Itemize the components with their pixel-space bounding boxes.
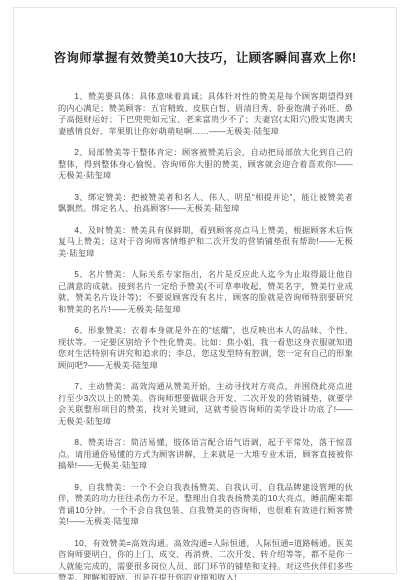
paragraph-3: 3、绑定赞美：把被赞美者和名人、伟人、明星“相提并论”，能让被赞美者飘飘然。绑定… [58,192,353,215]
paragraph-8: 8、赞美语言：简洁易懂，肢体语言配合语气语调，起于平常处，落于惊喜点。请用通俗易… [58,437,353,472]
paragraph-2: 2、局部赞美等于整体肯定：顾客被赞美后会，自动把局部放大化到自己的整体，得到整体… [58,147,353,182]
paragraph-10: 10、有效赞美=高效沟通。高效沟通=人际恒通，人际恒通=道路畅通。医美咨询师要明… [58,538,353,580]
paragraph-6: 6、形象赞美：衣着本身就是外在的“炫耀”，也反映出本人的品味、个性、现状等。一定… [58,325,353,371]
paragraph-1: 1、赞美要具体：具体意味着真诚；具体针对性的赞美是每个顾客期望得到的内心满足；赞… [58,91,353,137]
document-page: 咨询师掌握有效赞美10大技巧，让顾客瞬间喜欢上你! 1、赞美要具体：具体意味着真… [0,0,410,580]
paragraph-5: 5、名片赞美：人际关系专家指出，名片是反应此人迄今为止取得最让他自己满意的成就。… [58,269,353,315]
paragraph-4: 4、及时赞美：赞美具有保鲜期，看到顾客亮点马上赞美，根据顾客术后恢复马上赞美；这… [58,225,353,260]
paragraph-7: 7、主动赞美：高效沟通从赞美开始，主动寻找对方亮点，并围绕此亮点进行至少3次以上… [58,381,353,427]
paragraph-9: 9、自我赞美：一个不会自我表扬赞美、自我认可、自我品牌建设管理的伙伴，赞美的功力… [58,482,353,528]
document-body: 1、赞美要具体：具体意味着真诚；具体针对性的赞美是每个顾客期望得到的内心满足；赞… [58,91,353,580]
document-title: 咨询师掌握有效赞美10大技巧，让顾客瞬间喜欢上你! [0,0,410,66]
